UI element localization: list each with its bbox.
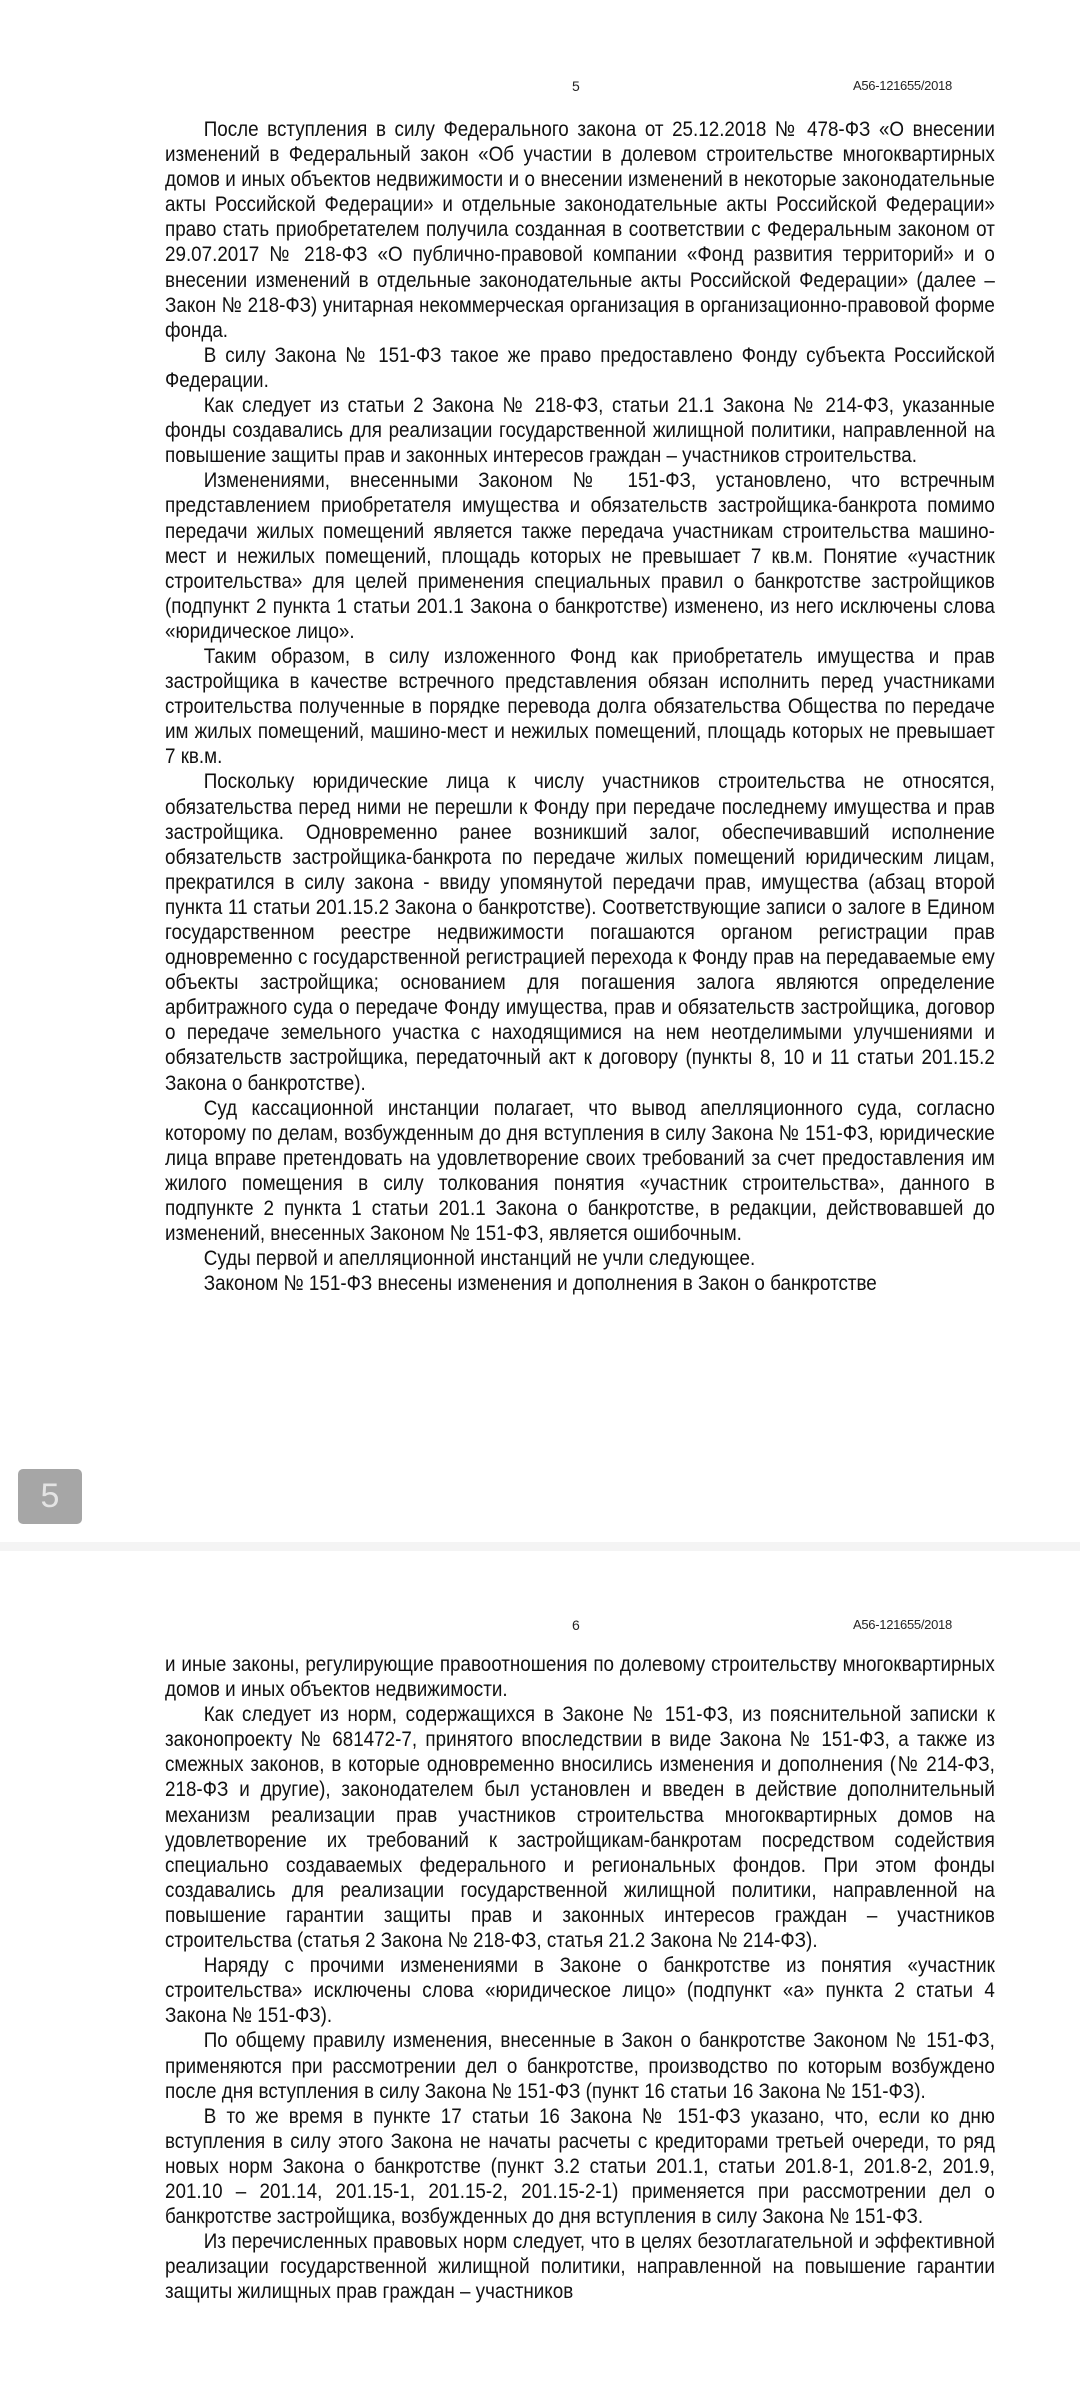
paragraph: Суд кассационной инстанции полагает, что…: [165, 1096, 995, 1247]
paragraph: Суды первой и апелляционной инстанций не…: [165, 1246, 995, 1271]
paragraph: Изменениями, внесенными Законом № 151-ФЗ…: [165, 468, 995, 644]
paragraph: Наряду с прочими изменениями в Законе о …: [165, 1953, 995, 2028]
case-number: А56-121655/2018: [853, 78, 952, 93]
paragraph: Как следует из статьи 2 Закона № 218-ФЗ,…: [165, 393, 995, 468]
paragraph: Таким образом, в силу изложенного Фонд к…: [165, 644, 995, 769]
page-indicator-badge: 5: [18, 1469, 82, 1524]
page-number: 5: [572, 78, 580, 94]
page-body: и иные законы, регулирующие правоотношен…: [165, 1652, 995, 2304]
paragraph: Из перечисленных правовых норм следует, …: [165, 2229, 995, 2304]
page-separator: [0, 1542, 1080, 1551]
paragraph-continuation: и иные законы, регулирующие правоотношен…: [165, 1652, 995, 1702]
case-number: А56-121655/2018: [853, 1617, 952, 1632]
paragraph: В то же время в пункте 17 статьи 16 Зако…: [165, 2104, 995, 2229]
document-page-6: 6 А56-121655/2018 и иные законы, регулир…: [0, 1551, 1080, 2400]
paragraph: В силу Закона № 151-ФЗ такое же право пр…: [165, 343, 995, 393]
paragraph: По общему правилу изменения, внесенные в…: [165, 2028, 995, 2103]
paragraph: Законом № 151-ФЗ внесены изменения и доп…: [165, 1271, 995, 1296]
paragraph: Поскольку юридические лица к числу участ…: [165, 769, 995, 1095]
page-number: 6: [572, 1617, 580, 1633]
document-page-5: 5 А56-121655/2018 После вступления в сил…: [0, 0, 1080, 1542]
page-body: После вступления в силу Федерального зак…: [165, 117, 995, 1296]
paragraph: После вступления в силу Федерального зак…: [165, 117, 995, 343]
paragraph: Как следует из норм, содержащихся в Зако…: [165, 1702, 995, 1953]
